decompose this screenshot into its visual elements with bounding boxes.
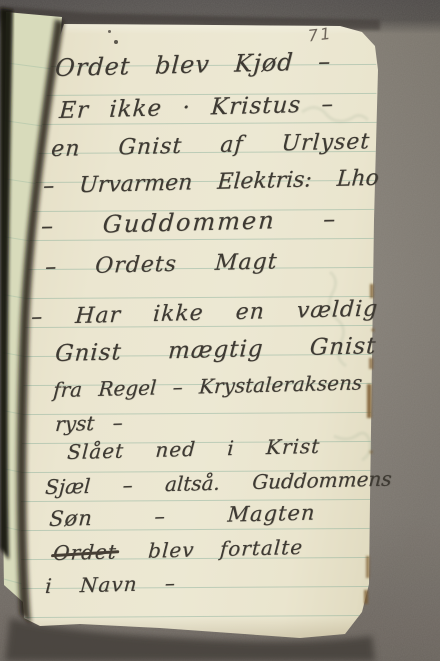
manuscript-line: – Ordets Magt: [44, 249, 278, 280]
manuscript-line: Ordet blev Kjød –: [54, 47, 332, 82]
manuscript-line: ryst –: [54, 410, 123, 436]
page-number: 71: [307, 24, 333, 46]
strikethrough-word: Ordet: [52, 539, 117, 565]
photo-of-notebook: 71 Ordet blev Kjød – Er ikke · Kristus –…: [0, 0, 440, 661]
manuscript-line: Søn – Magten: [48, 500, 316, 531]
manuscript-line: – Har ikke en vældig: [30, 297, 379, 331]
manuscript-line: Slået ned i Krist: [66, 434, 321, 464]
manuscript-line: Sjæl – altså. Guddommens: [44, 467, 392, 500]
ink-dot: [108, 30, 111, 33]
manuscript-line: – Urvarmen Elektris: Lho: [42, 166, 379, 199]
ink-dot: [114, 40, 118, 44]
handwriting-layer: 71 Ordet blev Kjød – Er ikke · Kristus –…: [0, 0, 440, 661]
manuscript-line: Er ikke · Kristus –: [58, 91, 334, 124]
manuscript-line: Ordet blev fortalte: [52, 535, 303, 565]
manuscript-line: fra Regel – Krystaleraksens: [52, 370, 362, 402]
manuscript-line: Gnist mægtig Gnist: [54, 333, 377, 367]
manuscript-line: – Guddommen –: [40, 205, 338, 240]
manuscript-line: i Navn –: [44, 571, 176, 598]
manuscript-line-rest: blev fortalte: [147, 535, 303, 563]
manuscript-line: en Gnist af Urlyset: [50, 129, 370, 162]
